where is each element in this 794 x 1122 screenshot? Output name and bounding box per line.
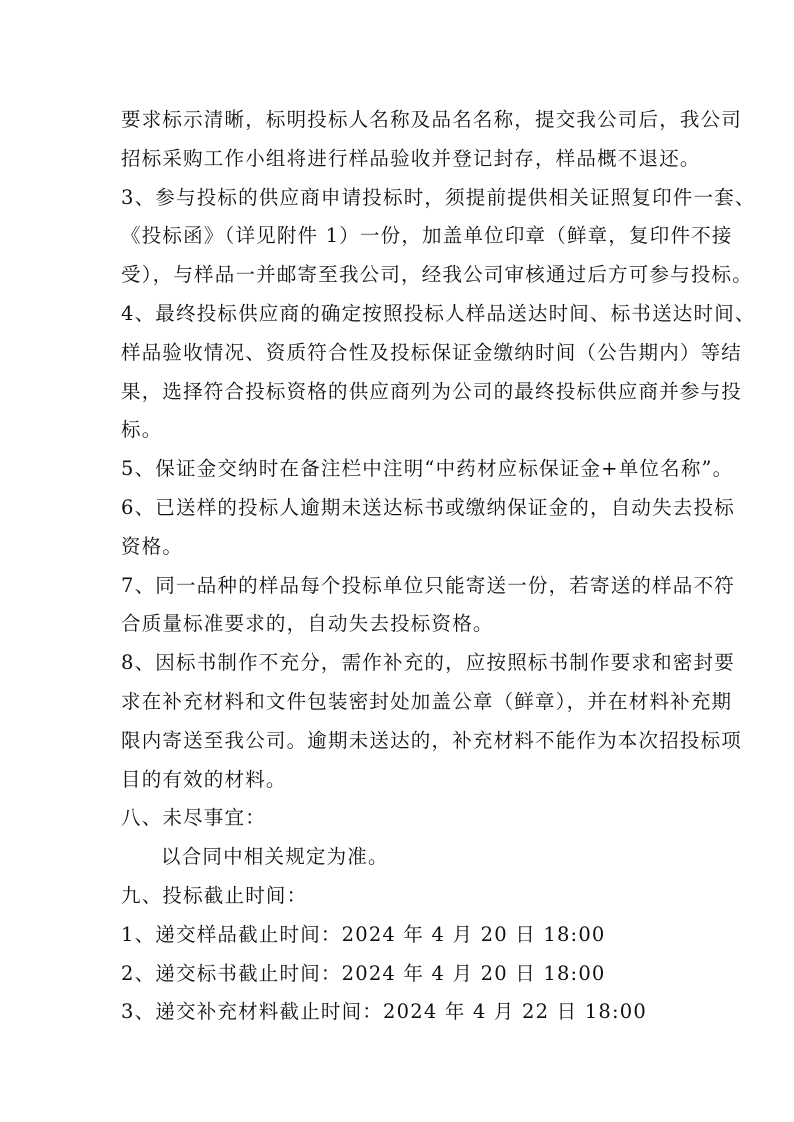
paragraph-line: 要求标示清晰，标明投标人名称及品名名称，提交我公司后，我公司 xyxy=(121,101,677,140)
document-body: 要求标示清晰，标明投标人名称及品名名称，提交我公司后，我公司 招标采购工作小组将… xyxy=(121,101,677,1032)
paragraph-line: 招标采购工作小组将进行样品验收并登记封存，样品概不退还。 xyxy=(121,140,677,179)
list-item-7: 7、同一品种的样品每个投标单位只能寄送一份，若寄送的样品不符 xyxy=(121,567,677,606)
paragraph-line: 果，选择符合投标资格的供应商列为公司的最终投标供应商并参与投 xyxy=(121,373,677,412)
paragraph-line: 目的有效的材料。 xyxy=(121,761,677,800)
list-item-4: 4、最终投标供应商的确定按照投标人样品送达时间、标书送达时间、 xyxy=(121,295,677,334)
paragraph-line: 受），与样品一并邮寄至我公司，经我公司审核通过后方可参与投标。 xyxy=(121,256,677,295)
list-item-3: 3、参与投标的供应商申请投标时，须提前提供相关证照复印件一套、 xyxy=(121,179,677,218)
paragraph-line: 《投标函》（详见附件 1）一份，加盖单位印章（鲜章，复印件不接 xyxy=(121,217,677,256)
paragraph-line: 样品验收情况、资质符合性及投标保证金缴纳时间（公告期内）等结 xyxy=(121,334,677,373)
section-heading-9: 九、投标截止时间： xyxy=(121,877,677,916)
paragraph-line: 标。 xyxy=(121,411,677,450)
list-item-6: 6、已送样的投标人逾期未送达标书或缴纳保证金的，自动失去投标 xyxy=(121,489,677,528)
list-item-5: 5、保证金交纳时在备注栏中注明“中药材应标保证金+单位名称”。 xyxy=(121,450,677,489)
section-heading-8: 八、未尽事宜： xyxy=(121,799,677,838)
paragraph-line: 资格。 xyxy=(121,528,677,567)
document-page: 要求标示清晰，标明投标人名称及品名名称，提交我公司后，我公司 招标采购工作小组将… xyxy=(0,0,794,1122)
deadline-supplementary-material: 3、递交补充材料截止时间：2024 年 4 月 22 日 18:00 xyxy=(121,993,677,1032)
deadline-bid-document: 2、递交标书截止时间：2024 年 4 月 20 日 18:00 xyxy=(121,955,677,994)
paragraph-line: 求在补充材料和文件包装密封处加盖公章（鲜章），并在材料补充期 xyxy=(121,683,677,722)
list-item-8: 8、因标书制作不充分，需作补充的，应按照标书制作要求和密封要 xyxy=(121,644,677,683)
deadline-sample: 1、递交样品截止时间：2024 年 4 月 20 日 18:00 xyxy=(121,916,677,955)
paragraph-line: 限内寄送至我公司。逾期未送达的，补充材料不能作为本次招投标项 xyxy=(121,722,677,761)
section-8-body: 以合同中相关规定为准。 xyxy=(121,838,677,877)
paragraph-line: 合质量标准要求的，自动失去投标资格。 xyxy=(121,605,677,644)
